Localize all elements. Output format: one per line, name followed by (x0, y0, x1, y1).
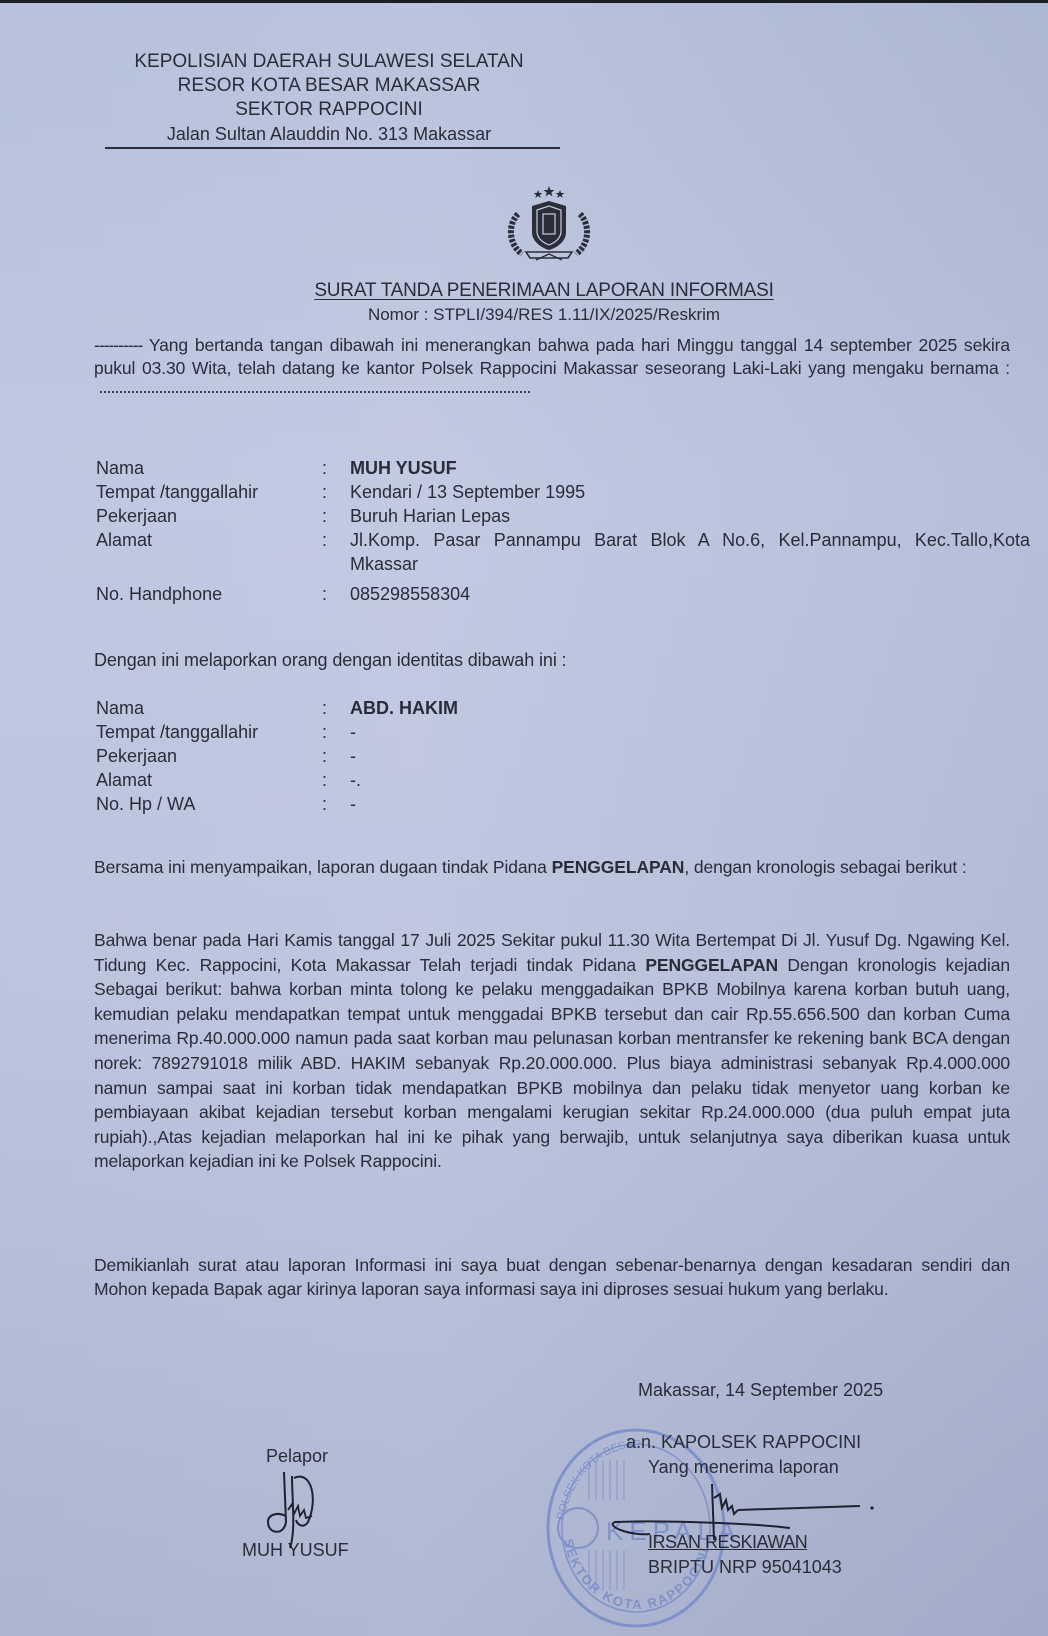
intro-dotted-fill (100, 391, 530, 393)
reporter-signature-icon (262, 1470, 332, 1550)
reported-row-occupation: Pekerjaan : - (96, 744, 1030, 768)
intro-lead-dashes: ---------- (94, 335, 142, 355)
report-statement-paragraph: Bersama ini menyampaikan, laporan dugaan… (94, 855, 1010, 879)
reported-name: ABD. HAKIM (350, 696, 1030, 720)
reporter-row-address: Alamat : Jl.Komp. Pasar Pannampu Barat B… (96, 528, 1030, 576)
intro-paragraph: ---------- Yang bertanda tangan dibawah … (94, 334, 1010, 403)
receiver-role: Yang menerima laporan (648, 1457, 839, 1478)
reported-row-phone: No. Hp / WA : - (96, 792, 1030, 816)
reporter-label: Pelapor (266, 1446, 328, 1467)
reporter-row-birth: Tempat /tanggallahir : Kendari / 13 Sept… (96, 480, 1030, 504)
reporter-name: MUH YUSUF (350, 456, 1030, 480)
intro-text: Yang bertanda tangan dibawah ini meneran… (94, 335, 1010, 378)
document-title: SURAT TANDA PENERIMAAN LAPORAN INFORMASI (20, 280, 1048, 302)
chronology-crime-type: PENGGELAPAN (645, 955, 778, 975)
closing-paragraph: Demikianlah surat atau laporan Informasi… (94, 1253, 1010, 1301)
reported-row-name: Nama : ABD. HAKIM (96, 696, 1030, 720)
reported-row-address: Alamat : -. (96, 768, 1030, 792)
letterhead-line-2: RESOR KOTA BESAR MAKASSAR (98, 74, 560, 98)
document-number: Nomor : STPLI/394/RES 1.11/IX/2025/Reskr… (20, 305, 1048, 325)
on-behalf-of: a.n. KAPOLSEK RAPPOCINI (626, 1432, 861, 1453)
officer-signature-icon (610, 1480, 880, 1550)
reporter-identity-table: Nama : MUH YUSUF Tempat /tanggallahir : … (96, 456, 1030, 606)
letterhead: KEPOLISIAN DAERAH SULAWESI SELATAN RESOR… (98, 50, 560, 146)
letterhead-divider (105, 147, 560, 149)
letterhead-line-1: KEPOLISIAN DAERAH SULAWESI SELATAN (98, 50, 560, 74)
officer-rank-nrp: BRIPTU NRP 95041043 (648, 1557, 842, 1578)
reporter-row-name: Nama : MUH YUSUF (96, 456, 1030, 480)
police-emblem-icon (496, 184, 602, 264)
chronology-paragraph: Bahwa benar pada Hari Kamis tanggal 17 J… (94, 928, 1010, 1174)
reported-row-birth: Tempat /tanggallahir : - (96, 720, 1030, 744)
crime-type: PENGGELAPAN (552, 857, 685, 877)
reporter-row-occupation: Pekerjaan : Buruh Harian Lepas (96, 504, 1030, 528)
letterhead-address: Jalan Sultan Alauddin No. 313 Makassar (98, 122, 560, 146)
letterhead-line-3: SEKTOR RAPPOCINI (98, 98, 560, 122)
document-title-block: SURAT TANDA PENERIMAAN LAPORAN INFORMASI… (0, 280, 1048, 325)
signing-place-date: Makassar, 14 September 2025 (638, 1380, 883, 1401)
reporter-row-phone: No. Handphone : 085298558304 (96, 582, 1030, 606)
reported-identity-table: Nama : ABD. HAKIM Tempat /tanggallahir :… (96, 696, 1030, 816)
reported-intro: Dengan ini melaporkan orang dengan ident… (94, 648, 1010, 672)
